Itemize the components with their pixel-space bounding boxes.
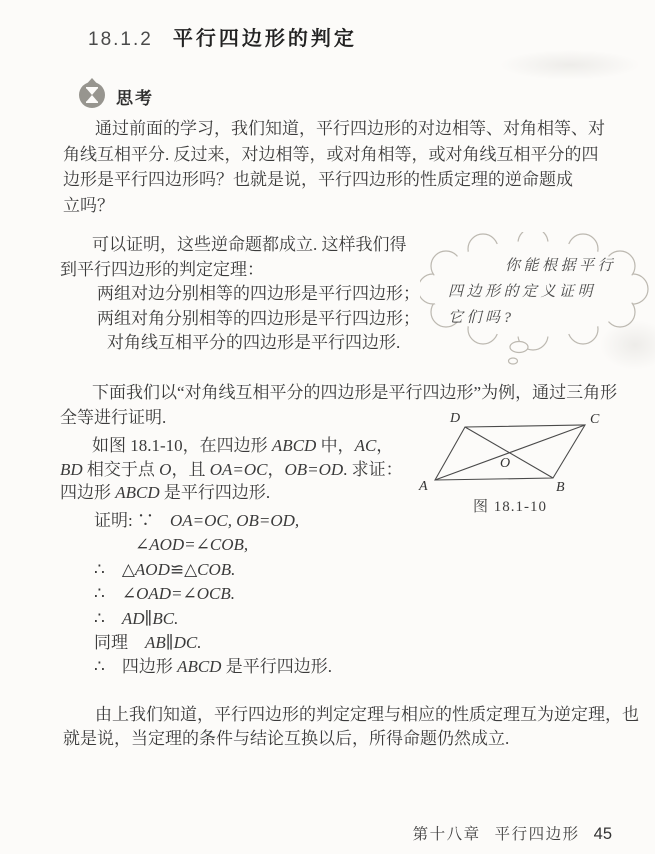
text-line: 四边形的定义证明	[448, 279, 616, 305]
vertex-label-b: B	[556, 480, 565, 495]
proof-block: 证明: ∵OA=OC, OB=OD, ∠AOD=∠COB, ∴△AOD≌△COB…	[94, 509, 332, 680]
proof-line: ∴∠OAD=∠OCB.	[94, 582, 332, 606]
proof-line: 同理AB∥DC.	[94, 631, 332, 655]
text-line: 它们吗?	[448, 305, 616, 331]
vertex-label-d: D	[449, 411, 460, 426]
footer-section: 平行四边形	[495, 822, 580, 844]
theorem-item: 两组对角分别相等的四边形是平行四边形；	[60, 307, 420, 332]
judgment-theorems-paragraph: 可以证明，这些逆命题都成立. 这样我们得 到平行四边形的判定定理： 两组对边分别…	[60, 233, 420, 356]
parallelogram-figure: A B C D O	[415, 405, 605, 505]
textbook-page: 18.1.2 平行四边形的判定 思考 通过前面的学习，我们知道，平行四边形的对边…	[0, 0, 655, 854]
thought-bubble-text: 你能根据平行 四边形的定义证明 它们吗?	[448, 253, 616, 331]
section-heading: 18.1.2 平行四边形的判定	[88, 22, 357, 51]
section-number: 18.1.2	[88, 29, 153, 51]
text-line: 就是说，当定理的条件与结论互换以后，所得命题仍然成立.	[63, 727, 639, 751]
text-line: 四边形 ABCD 是平行四边形.	[60, 481, 403, 505]
think-label: 思考	[116, 84, 154, 109]
page-title: 平行四边形的判定	[173, 22, 357, 51]
text-line: 通过前面的学习，我们知道，平行四边形的对边相等、对角相等、对	[63, 116, 605, 142]
text-line: 边形是平行四边形吗？也就是说，平行四边形的性质定理的逆命题成	[63, 167, 605, 193]
problem-statement: 如图 18.1-10，在四边形 ABCD 中，AC， BD 相交于点 O，且 O…	[60, 434, 403, 505]
figure-caption: 图 18.1-10	[415, 495, 605, 516]
vertex-label-c: C	[590, 412, 600, 427]
text-line: 如图 18.1-10，在四边形 ABCD 中，AC，	[60, 434, 403, 458]
proof-line: ∴四边形 ABCD 是平行四边形.	[94, 655, 332, 679]
intro-paragraph: 通过前面的学习，我们知道，平行四边形的对边相等、对角相等、对 角线互相平分. 反…	[63, 116, 605, 218]
text-line: 可以证明，这些逆命题都成立. 这样我们得	[60, 233, 420, 258]
conclusion-paragraph: 由上我们知道，平行四边形的判定定理与相应的性质定理互为逆定理，也 就是说，当定理…	[63, 703, 639, 751]
theorem-item: 两组对边分别相等的四边形是平行四边形；	[60, 282, 420, 307]
proof-line: 证明: ∵OA=OC, OB=OD,	[94, 509, 332, 533]
vertex-label-a: A	[418, 479, 428, 494]
center-label-o: O	[500, 456, 510, 471]
scan-smudge	[500, 50, 640, 80]
proof-line: ∠AOD=∠COB,	[94, 533, 332, 557]
text-line: 下面我们以“对角线互相平分的四边形是平行四边形”为例，通过三角形	[60, 381, 617, 406]
footer-chapter: 第十八章	[413, 822, 481, 844]
proof-line: ∴△AOD≌△COB.	[94, 558, 332, 582]
page-number: 45	[594, 825, 612, 844]
text-line: BD 相交于点 O，且 OA=OC，OB=OD. 求证：	[60, 458, 403, 482]
think-section-header: 思考	[78, 78, 154, 114]
text-line: 你能根据平行	[448, 253, 616, 279]
hourglass-icon	[78, 78, 106, 114]
proof-line: ∴AD∥BC.	[94, 607, 332, 631]
page-footer: 第十八章 平行四边形 45	[413, 822, 612, 844]
text-line: 由上我们知道，平行四边形的判定定理与相应的性质定理互为逆定理，也	[63, 703, 639, 727]
theorem-item: 对角线互相平分的四边形是平行四边形.	[60, 331, 420, 356]
text-line: 到平行四边形的判定定理：	[60, 258, 420, 283]
text-line: 立吗？	[63, 193, 605, 219]
text-line: 角线互相平分. 反过来，对边相等，或对角相等，或对角线互相平分的四	[63, 142, 605, 168]
